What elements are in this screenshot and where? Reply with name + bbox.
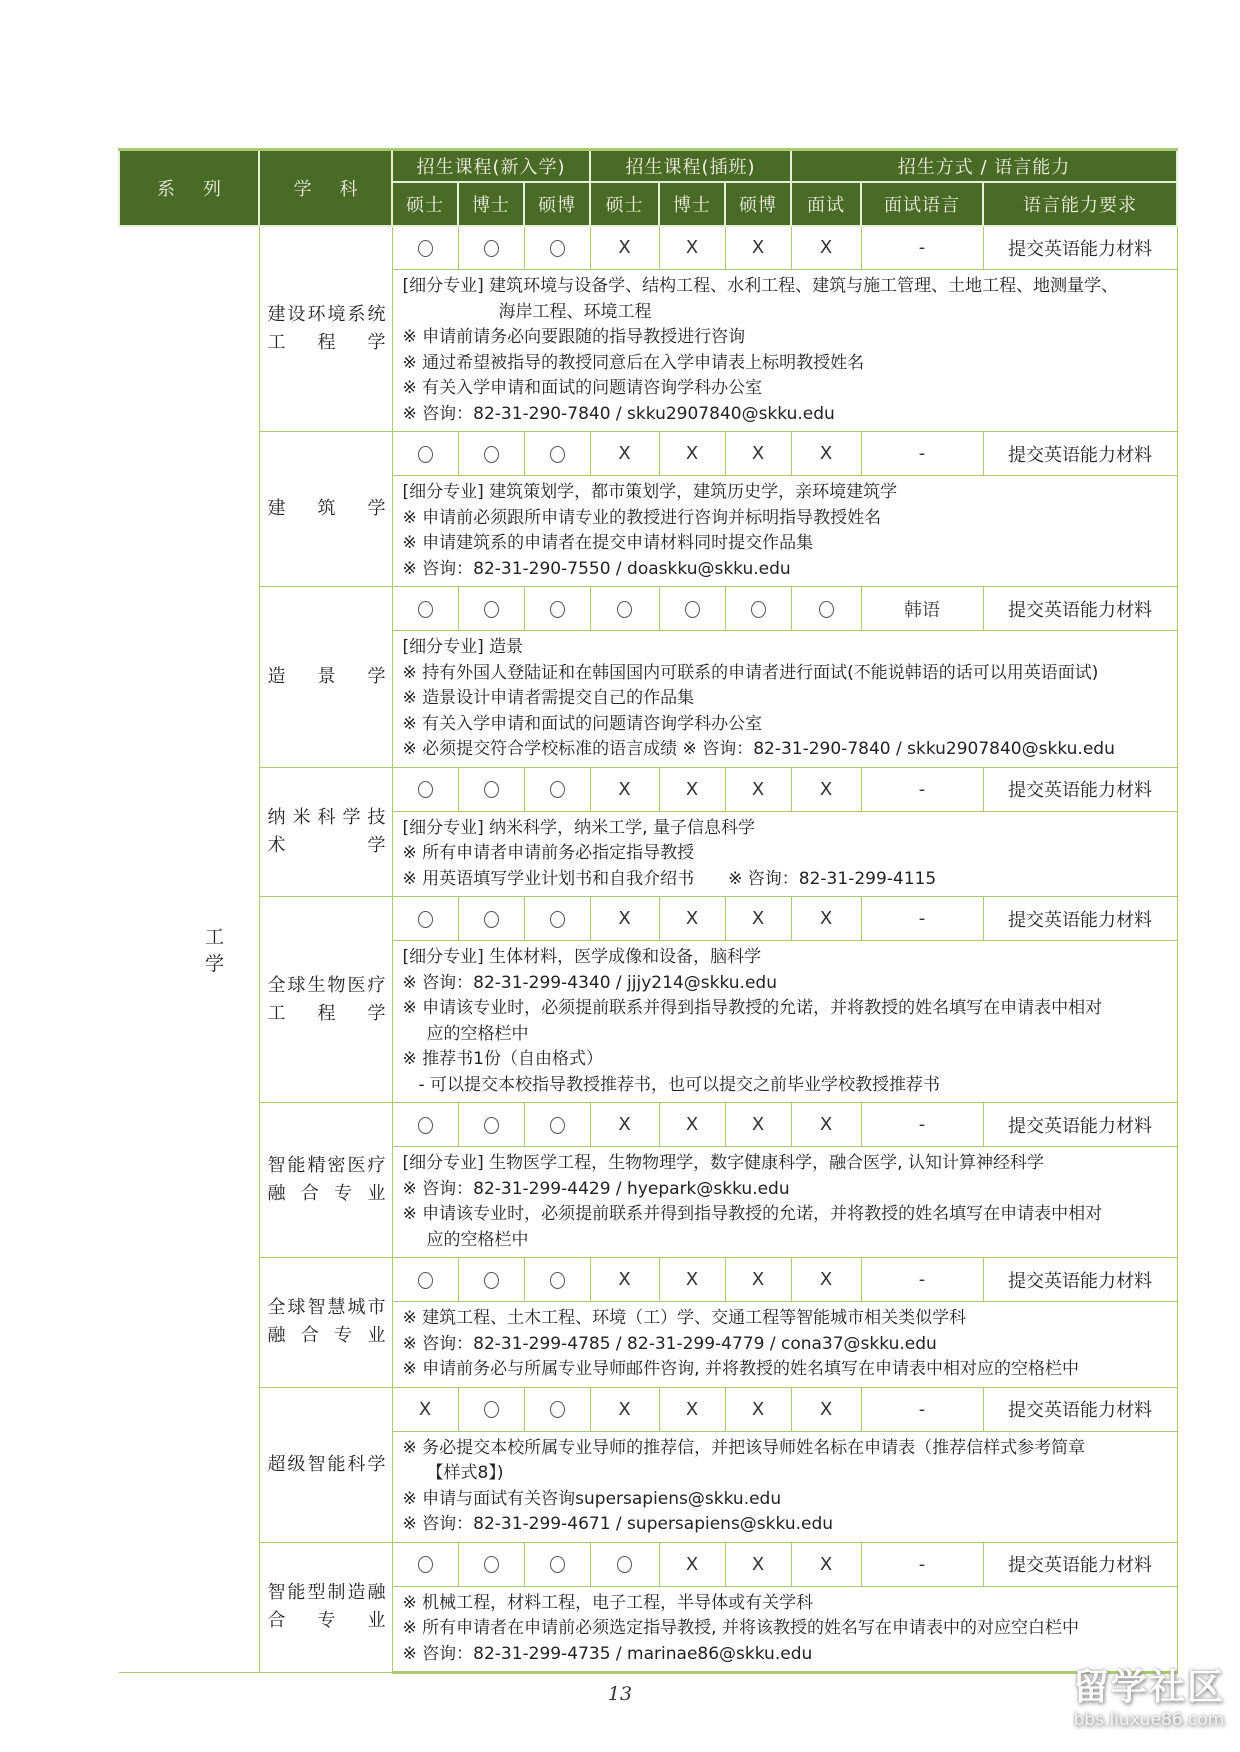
unavailable-mark: X <box>725 432 791 476</box>
language-requirement: 提交英语能力材料 <box>983 432 1177 476</box>
subject-mark-row: 超级智能科学XXXXX-提交英语能力材料 <box>119 1387 1177 1431</box>
note-line: ※ 有关入学申请和面试的问题请咨询学科办公室 <box>403 376 1171 402</box>
circle-icon <box>550 781 565 798</box>
header-transfer-combined: 硕博 <box>725 182 791 226</box>
subject-name-line: 工程学 <box>268 1000 386 1028</box>
circle-icon <box>418 446 433 463</box>
available-mark <box>458 226 524 270</box>
unavailable-mark: X <box>791 1258 861 1302</box>
subject-name: 智能型制造融合专业 <box>259 1542 392 1673</box>
subject-mark-row: 工学建设环境系统工程学XXXX-提交英语能力材料 <box>119 226 1177 270</box>
watermark-url: bbs.liuxue86.com <box>1064 1710 1234 1730</box>
circle-icon <box>484 1401 499 1418</box>
circle-icon <box>484 781 499 798</box>
subject-name: 建筑学 <box>259 432 392 587</box>
unavailable-mark: X <box>791 1542 861 1586</box>
subject-notes: ※ 务必提交本校所属专业导师的推荐信，并把该导师姓名标在申请表（推荐信样式参考简… <box>392 1431 1177 1542</box>
note-line: ※ 所有申请者在申请前必须选定指导教授, 并将该教授的姓名写在申请表中的对应空白… <box>403 1616 1171 1642</box>
available-mark <box>524 897 590 941</box>
circle-icon <box>550 1556 565 1573</box>
note-line: [细分专业] 建筑环境与设备学、结构工程、水利工程、建筑与施工管理、土地工程、地… <box>403 274 1171 300</box>
note-line: ※ 申请该专业时，必须提前联系并得到指导教授的允诺，并将教授的姓名填写在申请表中… <box>403 996 1171 1022</box>
table-body: 工学建设环境系统工程学XXXX-提交英语能力材料[细分专业] 建筑环境与设备学、… <box>119 226 1177 1673</box>
unavailable-mark: X <box>725 1542 791 1586</box>
available-mark <box>524 1103 590 1147</box>
available-mark <box>725 587 791 631</box>
language-requirement: 提交英语能力材料 <box>983 587 1177 631</box>
circle-icon <box>484 1117 499 1134</box>
unavailable-mark: X <box>791 226 861 270</box>
circle-icon <box>418 240 433 257</box>
circle-icon <box>484 601 499 618</box>
circle-icon <box>685 601 700 618</box>
subject-name-line: 智能型制造融 <box>268 1579 386 1607</box>
note-line: ※ 持有外国人登陆证和在韩国国内可联系的申请者进行面试(不能说韩语的话可以用英语… <box>403 661 1171 687</box>
note-line: [细分专业] 生体材料，医学成像和设备，脑科学 <box>403 945 1171 971</box>
note-line: ※ 所有申请者申请前务必指定指导教授 <box>403 841 1171 867</box>
circle-icon <box>550 1401 565 1418</box>
circle-icon <box>751 601 766 618</box>
available-mark <box>392 432 458 476</box>
available-mark <box>392 1103 458 1147</box>
header-interview-lang: 面试语言 <box>861 182 983 226</box>
available-mark <box>590 1542 659 1586</box>
available-mark <box>590 587 659 631</box>
unavailable-mark: X <box>725 897 791 941</box>
note-line: [细分专业] 生物医学工程，生物物理学，数字健康科学，融合医学, 认知计算神经科… <box>403 1151 1171 1177</box>
note-line: ※ 咨询：82-31-299-4340 / jjjy214@skku.edu <box>403 971 1171 997</box>
unavailable-mark: X <box>392 1387 458 1431</box>
available-mark <box>524 226 590 270</box>
interview-language: - <box>861 1542 983 1586</box>
subject-mark-row: 纳米科学技术学XXXX-提交英语能力材料 <box>119 767 1177 811</box>
note-line: ※ 用英语填写学业计划书和自我介绍书 ※ 咨询：82-31-299-4115 <box>403 867 1171 893</box>
circle-icon <box>617 601 632 618</box>
note-line: ※ 申请前请务必向要跟随的指导教授进行咨询 <box>403 325 1171 351</box>
language-requirement: 提交英语能力材料 <box>983 767 1177 811</box>
available-mark <box>524 1387 590 1431</box>
header-group-new: 招生课程(新入学) <box>392 150 590 182</box>
subject-name-line: 合专业 <box>268 1607 386 1635</box>
unavailable-mark: X <box>659 767 725 811</box>
unavailable-mark: X <box>659 1103 725 1147</box>
unavailable-mark: X <box>791 1387 861 1431</box>
subject-notes: [细分专业] 生物医学工程，生物物理学，数字健康科学，融合医学, 认知计算神经科… <box>392 1147 1177 1258</box>
unavailable-mark: X <box>725 226 791 270</box>
circle-icon <box>550 446 565 463</box>
page-number: 13 <box>0 1683 1240 1705</box>
available-mark <box>458 587 524 631</box>
subject-name: 智能精密医疗融合专业 <box>259 1103 392 1258</box>
subject-name: 全球智慧城市融合专业 <box>259 1258 392 1388</box>
note-line: ※ 申请该专业时，必须提前联系并得到指导教授的允诺，并将教授的姓名填写在申请表中… <box>403 1202 1171 1228</box>
circle-icon <box>484 911 499 928</box>
series-name: 工学 <box>119 226 259 1673</box>
note-line: ※ 咨询：82-31-299-4785 / 82-31-299-4779 / c… <box>403 1332 1171 1358</box>
note-line: [细分专业] 造景 <box>403 635 1171 661</box>
unavailable-mark: X <box>659 1387 725 1431</box>
circle-icon <box>550 1117 565 1134</box>
available-mark <box>392 897 458 941</box>
admission-table: 系列 学科 招生课程(新入学) 招生课程(插班) 招生方式 / 语言能力 硕士 … <box>118 148 1178 1674</box>
header-new-combined: 硕博 <box>524 182 590 226</box>
subject-name-line: 融合专业 <box>268 1322 386 1350</box>
note-line: [细分专业] 纳米科学，纳米工学, 量子信息科学 <box>403 816 1171 842</box>
subject-mark-row: 全球智慧城市融合专业XXXX-提交英语能力材料 <box>119 1258 1177 1302</box>
circle-icon <box>418 781 433 798</box>
unavailable-mark: X <box>590 226 659 270</box>
unavailable-mark: X <box>725 1103 791 1147</box>
note-line: ※ 咨询：82-31-299-4671 / supersapiens@skku.… <box>403 1512 1171 1538</box>
subject-notes: [细分专业] 造景※ 持有外国人登陆证和在韩国国内可联系的申请者进行面试(不能说… <box>392 631 1177 768</box>
available-mark <box>458 767 524 811</box>
header-new-master: 硕士 <box>392 182 458 226</box>
note-line: ※ 机械工程，材料工程，电子工程，半导体或有关学科 <box>403 1591 1171 1617</box>
note-line: ※ 务必提交本校所属专业导师的推荐信，并把该导师姓名标在申请表（推荐信样式参考简… <box>403 1436 1171 1462</box>
note-line: 应的空格栏中 <box>403 1022 1171 1048</box>
interview-language: - <box>861 1258 983 1302</box>
interview-language: - <box>861 432 983 476</box>
subject-name-line: 建设环境系统 <box>268 301 386 329</box>
unavailable-mark: X <box>590 1103 659 1147</box>
available-mark <box>458 1258 524 1302</box>
note-line: ※ 推荐书1份（自由格式） <box>403 1047 1171 1073</box>
note-line: ※ 咨询：82-31-290-7840 / skku2907840@skku.e… <box>403 402 1171 428</box>
subject-notes: ※ 机械工程，材料工程，电子工程，半导体或有关学科※ 所有申请者在申请前必须选定… <box>392 1586 1177 1673</box>
subject-name: 建设环境系统工程学 <box>259 226 392 432</box>
unavailable-mark: X <box>725 1258 791 1302</box>
note-line: ※ 咨询：82-31-290-7550 / doaskku@skku.edu <box>403 557 1171 583</box>
interview-language: 韩语 <box>861 587 983 631</box>
available-mark <box>524 432 590 476</box>
available-mark <box>524 1258 590 1302</box>
available-mark <box>458 1542 524 1586</box>
note-line: ※ 咨询：82-31-299-4429 / hyepark@skku.edu <box>403 1177 1171 1203</box>
circle-icon <box>550 911 565 928</box>
available-mark <box>524 767 590 811</box>
language-requirement: 提交英语能力材料 <box>983 1542 1177 1586</box>
circle-icon <box>418 1272 433 1289</box>
unavailable-mark: X <box>791 897 861 941</box>
subject-mark-row: 造景学韩语提交英语能力材料 <box>119 587 1177 631</box>
note-line: ※ 通过希望被指导的教授同意后在入学申请表上标明教授姓名 <box>403 351 1171 377</box>
interview-language: - <box>861 1103 983 1147</box>
subject-name-line: 全球智慧城市 <box>268 1294 386 1322</box>
circle-icon <box>484 1272 499 1289</box>
circle-icon <box>484 1556 499 1573</box>
unavailable-mark: X <box>590 897 659 941</box>
note-line: - 可以提交本校指导教授推荐书，也可以提交之前毕业学校教授推荐书 <box>403 1073 1171 1099</box>
unavailable-mark: X <box>590 1387 659 1431</box>
note-line: ※ 申请前务必与所属专业导师邮件咨询, 并将教授的姓名填写在申请表中相对应的空格… <box>403 1357 1171 1383</box>
note-line: 应的空格栏中 <box>403 1228 1171 1254</box>
available-mark <box>392 1258 458 1302</box>
unavailable-mark: X <box>590 432 659 476</box>
available-mark <box>524 587 590 631</box>
subject-name: 造景学 <box>259 587 392 768</box>
subject-name: 纳米科学技术学 <box>259 767 392 897</box>
header-new-doctor: 博士 <box>458 182 524 226</box>
language-requirement: 提交英语能力材料 <box>983 897 1177 941</box>
table-header: 系列 学科 招生课程(新入学) 招生课程(插班) 招生方式 / 语言能力 硕士 … <box>119 150 1177 226</box>
unavailable-mark: X <box>725 1387 791 1431</box>
note-line: ※ 必须提交符合学校标准的语言成绩 ※ 咨询：82-31-290-7840 / … <box>403 737 1171 763</box>
circle-icon <box>550 240 565 257</box>
available-mark <box>524 1542 590 1586</box>
available-mark <box>659 587 725 631</box>
note-line: ※ 申请建筑系的申请者在提交申请材料同时提交作品集 <box>403 531 1171 557</box>
note-line: ※ 造景设计申请者需提交自己的作品集 <box>403 686 1171 712</box>
unavailable-mark: X <box>659 897 725 941</box>
subject-mark-row: 建筑学XXXX-提交英语能力材料 <box>119 432 1177 476</box>
available-mark <box>458 1387 524 1431</box>
language-requirement: 提交英语能力材料 <box>983 1387 1177 1431</box>
subject-notes: [细分专业] 生体材料，医学成像和设备，脑科学※ 咨询：82-31-299-43… <box>392 941 1177 1103</box>
unavailable-mark: X <box>659 432 725 476</box>
unavailable-mark: X <box>590 1258 659 1302</box>
subject-name-line: 全球生物医疗 <box>268 972 386 1000</box>
available-mark <box>458 432 524 476</box>
subject-name-line: 纳米科学技 <box>268 804 386 832</box>
header-transfer-doctor: 博士 <box>659 182 725 226</box>
circle-icon <box>550 601 565 618</box>
available-mark <box>392 587 458 631</box>
circle-icon <box>819 601 834 618</box>
header-subject: 学科 <box>259 150 392 226</box>
circle-icon <box>418 1556 433 1573</box>
note-line: ※ 建筑工程、土木工程、环境（工）学、交通工程等智能城市相关类似学科 <box>403 1306 1171 1332</box>
header-interview: 面试 <box>791 182 861 226</box>
header-group-method: 招生方式 / 语言能力 <box>791 150 1177 182</box>
document-page: 系列 学科 招生课程(新入学) 招生课程(插班) 招生方式 / 语言能力 硕士 … <box>0 0 1240 1752</box>
unavailable-mark: X <box>659 226 725 270</box>
interview-language: - <box>861 226 983 270</box>
available-mark <box>791 587 861 631</box>
unavailable-mark: X <box>725 767 791 811</box>
subject-name-line: 建筑学 <box>268 495 386 523</box>
circle-icon <box>617 1556 632 1573</box>
language-requirement: 提交英语能力材料 <box>983 1258 1177 1302</box>
note-line: ※ 申请与面试有关咨询supersapiens@skku.edu <box>403 1487 1171 1513</box>
unavailable-mark: X <box>791 432 861 476</box>
subject-name-line: 术学 <box>268 832 386 860</box>
circle-icon <box>418 601 433 618</box>
interview-language: - <box>861 767 983 811</box>
note-line: 【样式8】) <box>403 1461 1171 1487</box>
circle-icon <box>484 240 499 257</box>
subject-notes: [细分专业] 纳米科学，纳米工学, 量子信息科学※ 所有申请者申请前务必指定指导… <box>392 811 1177 897</box>
available-mark <box>458 1103 524 1147</box>
subject-name-line: 造景学 <box>268 663 386 691</box>
circle-icon <box>418 1117 433 1134</box>
circle-icon <box>484 446 499 463</box>
note-line: 海岸工程、环境工程 <box>403 300 1171 326</box>
circle-icon <box>418 911 433 928</box>
interview-language: - <box>861 1387 983 1431</box>
unavailable-mark: X <box>791 767 861 811</box>
subject-name-line: 融合专业 <box>268 1180 386 1208</box>
header-group-transfer: 招生课程(插班) <box>590 150 791 182</box>
available-mark <box>458 897 524 941</box>
subject-notes: [细分专业] 建筑策划学，都市策划学，建筑历史学，亲环境建筑学※ 申请前必须跟所… <box>392 476 1177 587</box>
watermark-title: 留学社区 <box>1064 1666 1234 1710</box>
available-mark <box>392 226 458 270</box>
subject-name-line: 智能精密医疗 <box>268 1152 386 1180</box>
language-requirement: 提交英语能力材料 <box>983 226 1177 270</box>
unavailable-mark: X <box>659 1258 725 1302</box>
language-requirement: 提交英语能力材料 <box>983 1103 1177 1147</box>
available-mark <box>392 767 458 811</box>
note-line: [细分专业] 建筑策划学，都市策划学，建筑历史学，亲环境建筑学 <box>403 480 1171 506</box>
subject-name: 超级智能科学 <box>259 1387 392 1542</box>
header-series: 系列 <box>119 150 259 226</box>
watermark: 留学社区 bbs.liuxue86.com <box>1064 1666 1234 1742</box>
unavailable-mark: X <box>791 1103 861 1147</box>
header-lang-req: 语言能力要求 <box>983 182 1177 226</box>
interview-language: - <box>861 897 983 941</box>
available-mark <box>392 1542 458 1586</box>
header-transfer-master: 硕士 <box>590 182 659 226</box>
circle-icon <box>550 1272 565 1289</box>
subject-notes: ※ 建筑工程、土木工程、环境（工）学、交通工程等智能城市相关类似学科※ 咨询：8… <box>392 1302 1177 1388</box>
note-line: ※ 咨询：82-31-299-4735 / marinae86@skku.edu <box>403 1642 1171 1668</box>
subject-notes: [细分专业] 建筑环境与设备学、结构工程、水利工程、建筑与施工管理、土地工程、地… <box>392 270 1177 432</box>
unavailable-mark: X <box>590 767 659 811</box>
note-line: ※ 申请前必须跟所申请专业的教授进行咨询并标明指导教授姓名 <box>403 506 1171 532</box>
subject-name-line: 超级智能科学 <box>268 1451 386 1479</box>
subject-name-line: 工程学 <box>268 329 386 357</box>
unavailable-mark: X <box>659 1542 725 1586</box>
subject-mark-row: 智能精密医疗融合专业XXXX-提交英语能力材料 <box>119 1103 1177 1147</box>
subject-mark-row: 智能型制造融合专业XXX-提交英语能力材料 <box>119 1542 1177 1586</box>
note-line: ※ 有关入学申请和面试的问题请咨询学科办公室 <box>403 712 1171 738</box>
